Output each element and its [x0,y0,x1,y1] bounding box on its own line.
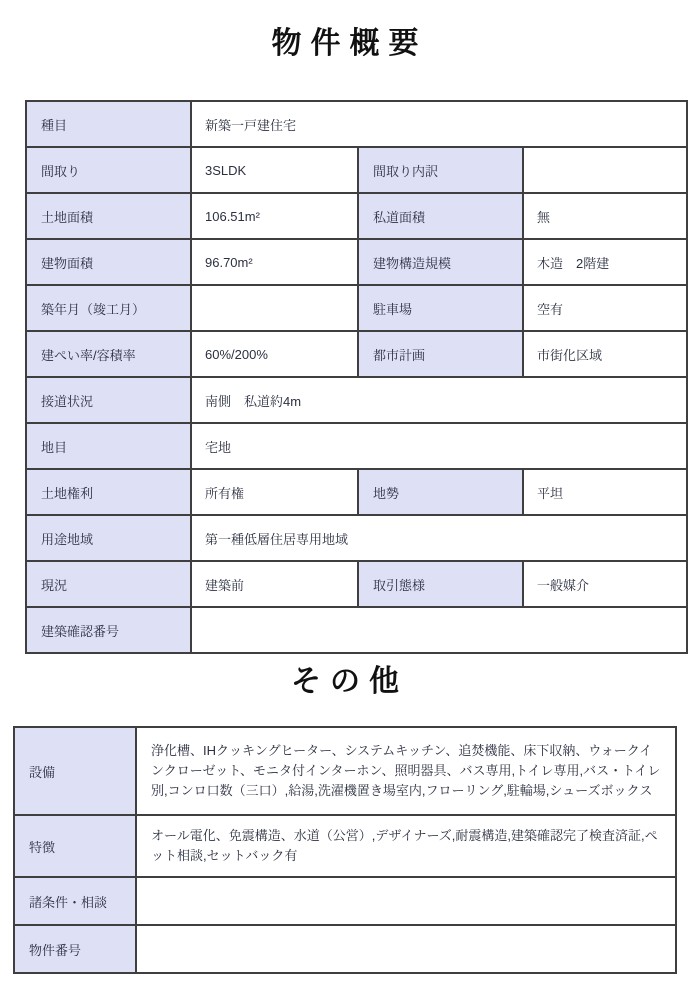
table-row-features: 特徴 オール電化、免震構造、水道（公営）,デザイナーズ,耐震構造,建築確認完了検… [14,815,676,877]
label-land-category: 地目 [26,423,191,469]
table-row-land-area: 土地面積 106.51m² 私道面積 無 [26,193,687,239]
table-row-construction-date: 築年月（竣工月） 駐車場 空有 [26,285,687,331]
value-building-area: 96.70m² [191,239,358,285]
value-land-area: 106.51m² [191,193,358,239]
label-construction-date: 築年月（竣工月） [26,285,191,331]
value-floor-plan-detail [523,147,687,193]
label-facilities: 設備 [14,727,136,815]
value-features: オール電化、免震構造、水道（公営）,デザイナーズ,耐震構造,建築確認完了検査済証… [136,815,676,877]
value-current-status: 建築前 [191,561,358,607]
label-city-planning: 都市計画 [358,331,523,377]
value-building-confirmation-number [191,607,687,653]
table-row-category: 種目 新築一戸建住宅 [26,101,687,147]
value-city-planning: 市街化区域 [523,331,687,377]
label-zoning: 用途地域 [26,515,191,561]
overview-table: 種目 新築一戸建住宅 間取り 3SLDK 間取り内訳 土地面積 106.51m²… [25,100,688,654]
value-zoning: 第一種低層住居専用地域 [191,515,687,561]
page-title-overview: 物件概要 [0,0,690,62]
label-transaction-type: 取引態様 [358,561,523,607]
table-row-building-confirmation-number: 建築確認番号 [26,607,687,653]
table-row-current-status: 現況 建築前 取引態様 一般媒介 [26,561,687,607]
table-row-floor-plan: 間取り 3SLDK 間取り内訳 [26,147,687,193]
label-parking: 駐車場 [358,285,523,331]
label-conditions: 諸条件・相談 [14,877,136,925]
value-road-access: 南側 私道約4m [191,377,687,423]
table-row-road-access: 接道状況 南側 私道約4m [26,377,687,423]
label-coverage-ratio: 建ぺい率/容積率 [26,331,191,377]
table-row-building-area: 建物面積 96.70m² 建物構造規模 木造 2階建 [26,239,687,285]
value-floor-plan: 3SLDK [191,147,358,193]
value-coverage-ratio: 60%/200% [191,331,358,377]
table-row-conditions: 諸条件・相談 [14,877,676,925]
label-topography: 地勢 [358,469,523,515]
label-floor-plan: 間取り [26,147,191,193]
value-property-number [136,925,676,973]
label-land-rights: 土地権利 [26,469,191,515]
page-title-other: その他 [0,664,690,700]
label-private-road-area: 私道面積 [358,193,523,239]
table-row-coverage-ratio: 建ぺい率/容積率 60%/200% 都市計画 市街化区域 [26,331,687,377]
value-topography: 平坦 [523,469,687,515]
value-construction-date [191,285,358,331]
label-property-number: 物件番号 [14,925,136,973]
value-land-rights: 所有権 [191,469,358,515]
value-land-category: 宅地 [191,423,687,469]
table-row-zoning: 用途地域 第一種低層住居専用地域 [26,515,687,561]
value-facilities: 浄化槽、IHクッキングヒーター、システムキッチン、追焚機能、床下収納、ウォークイ… [136,727,676,815]
table-row-property-number: 物件番号 [14,925,676,973]
label-features: 特徴 [14,815,136,877]
value-parking: 空有 [523,285,687,331]
label-building-area: 建物面積 [26,239,191,285]
label-floor-plan-detail: 間取り内訳 [358,147,523,193]
table-row-land-rights: 土地権利 所有権 地勢 平坦 [26,469,687,515]
value-transaction-type: 一般媒介 [523,561,687,607]
value-private-road-area: 無 [523,193,687,239]
value-conditions [136,877,676,925]
label-building-structure: 建物構造規模 [358,239,523,285]
label-current-status: 現況 [26,561,191,607]
label-building-confirmation-number: 建築確認番号 [26,607,191,653]
label-land-area: 土地面積 [26,193,191,239]
table-row-facilities: 設備 浄化槽、IHクッキングヒーター、システムキッチン、追焚機能、床下収納、ウォ… [14,727,676,815]
label-road-access: 接道状況 [26,377,191,423]
table-row-land-category: 地目 宅地 [26,423,687,469]
label-category: 種目 [26,101,191,147]
other-table: 設備 浄化槽、IHクッキングヒーター、システムキッチン、追焚機能、床下収納、ウォ… [13,726,677,974]
property-summary-page: { "page": { "title_overview": "物件概要", "t… [0,0,690,1000]
value-building-structure: 木造 2階建 [523,239,687,285]
value-category: 新築一戸建住宅 [191,101,687,147]
